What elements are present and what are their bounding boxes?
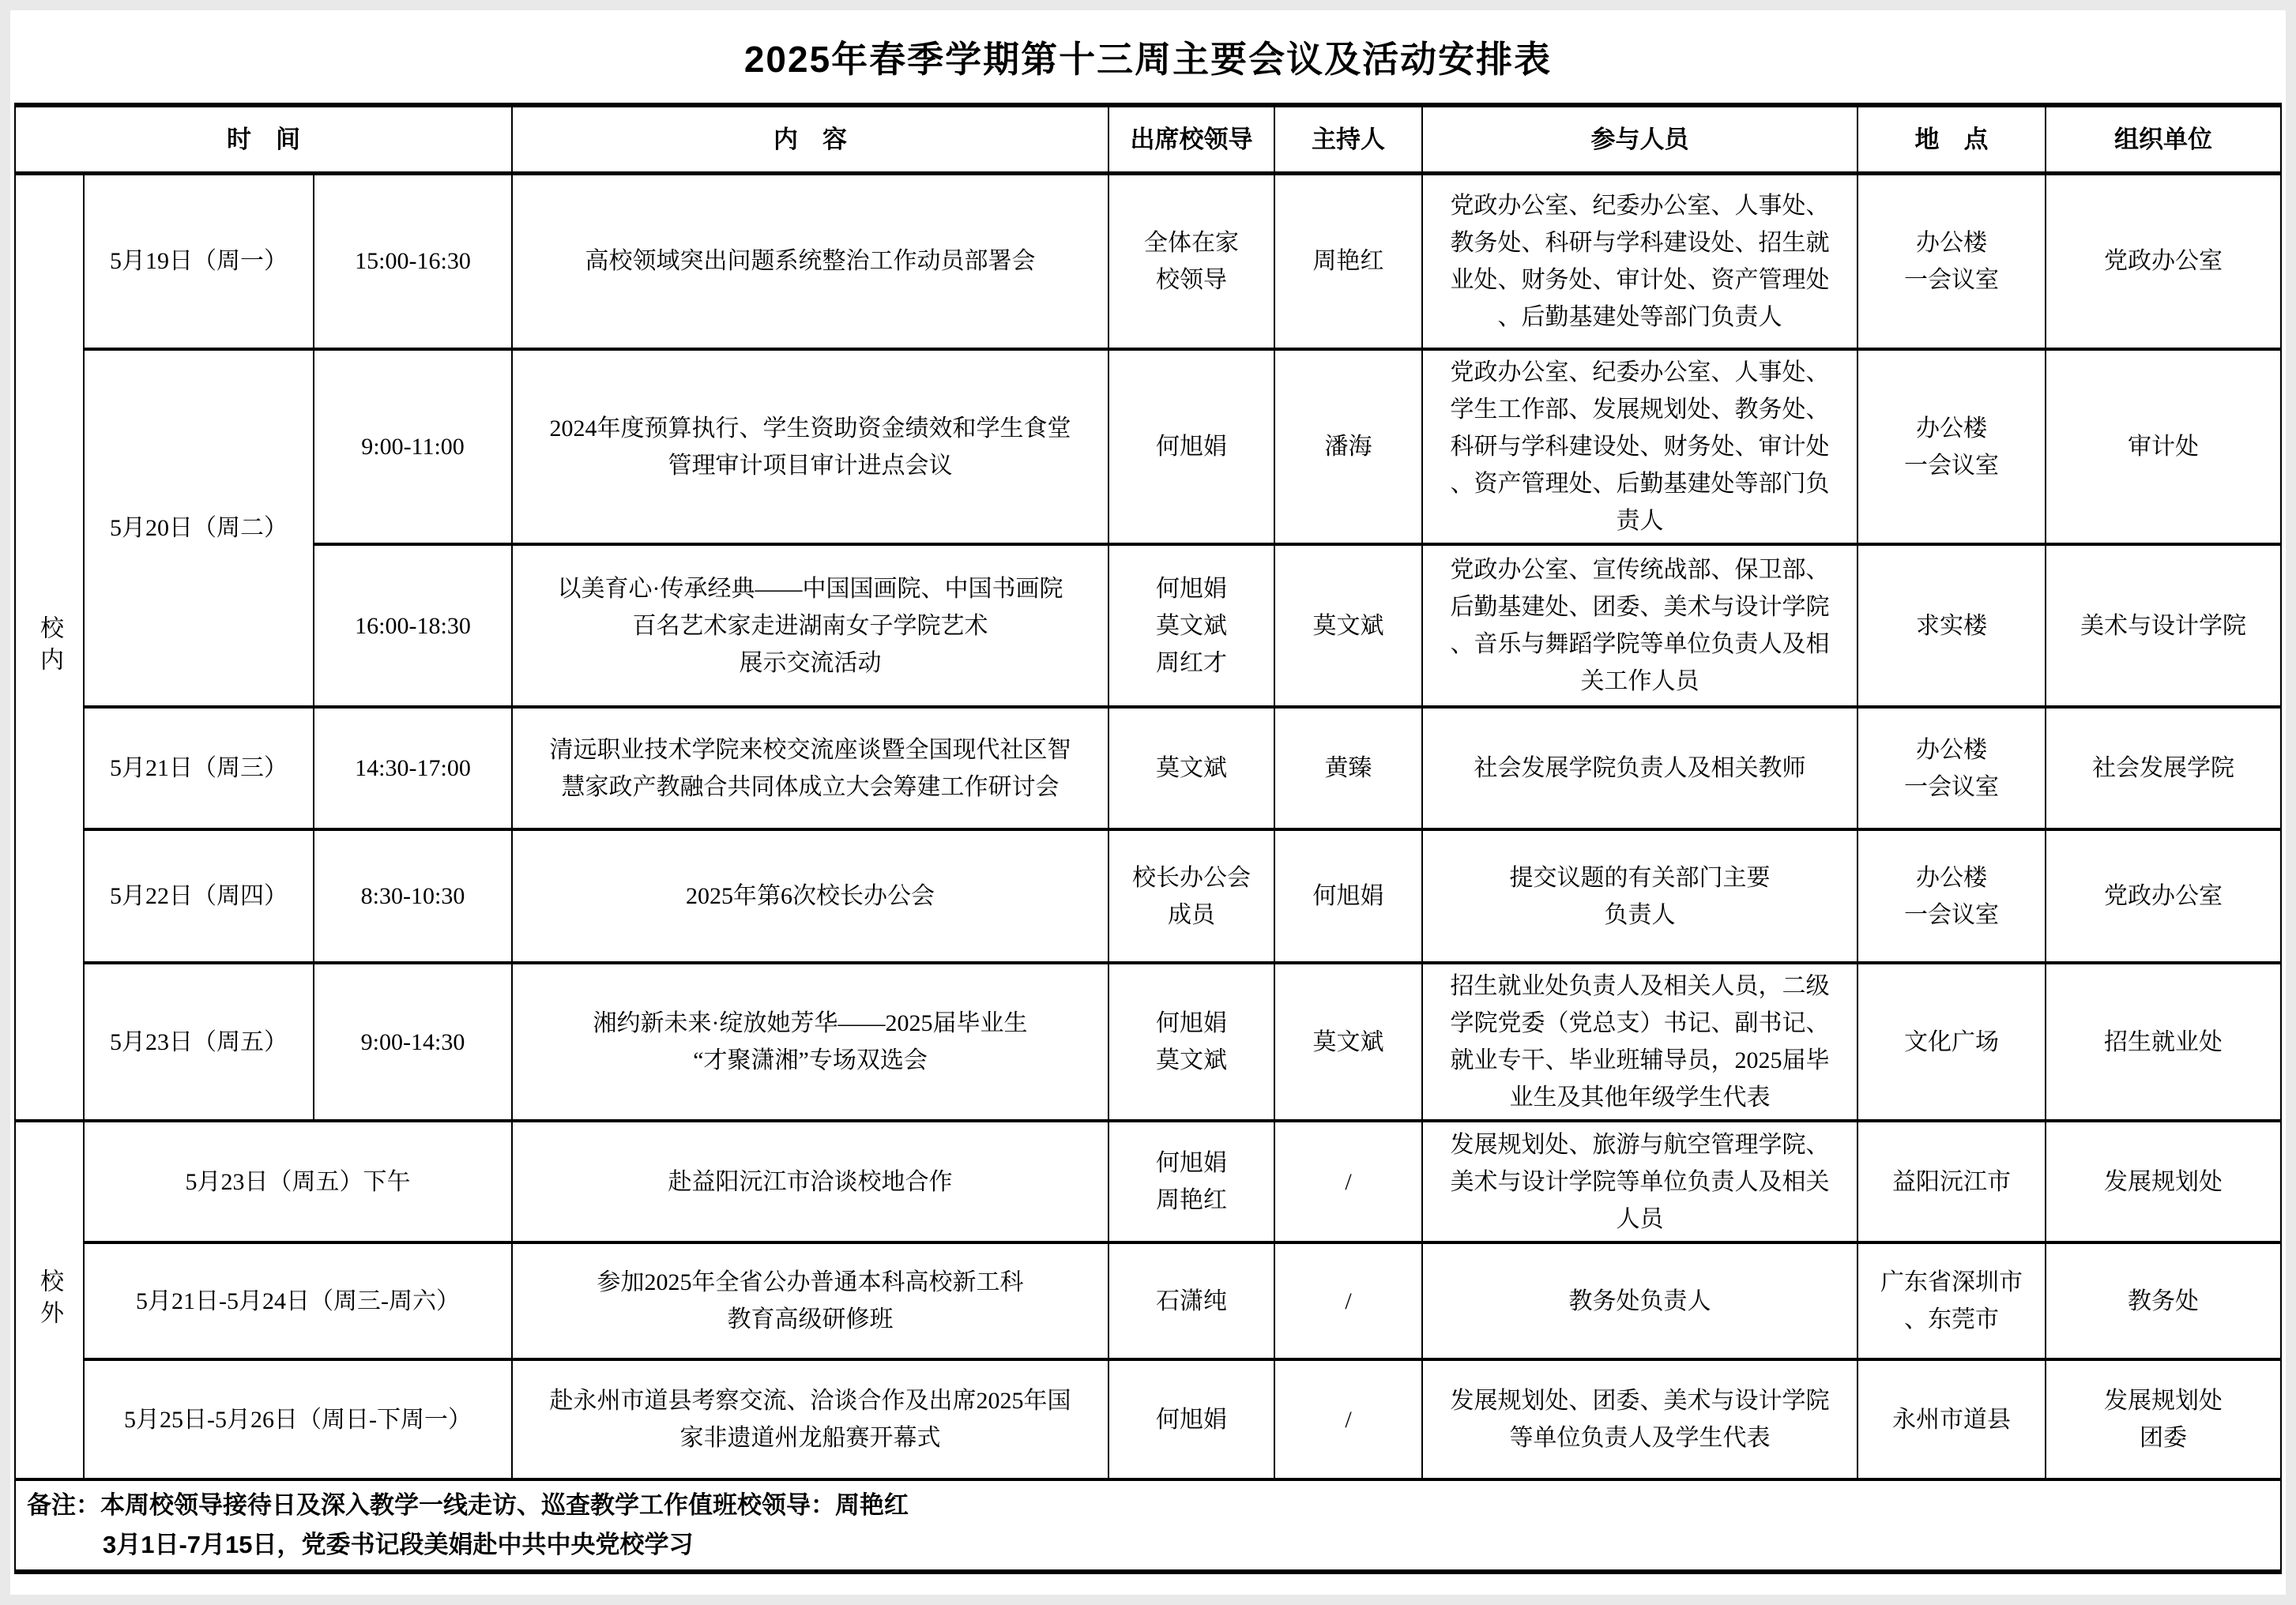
section-label-text: 校外: [31, 1269, 68, 1332]
schedule-table: 时 间 内 容 出席校领导 主持人 参与人员 地 点 组织单位 校内 5月19日…: [14, 103, 2282, 1574]
leaders-cell: 何旭娟 莫文斌: [1108, 963, 1274, 1121]
note-line-2: 3月1日-7月15日，党委书记段美娟赴中共中央党校学习: [27, 1525, 2269, 1565]
location-cell: 文化广场: [1858, 963, 2046, 1121]
column-header-location: 地 点: [1858, 105, 2046, 173]
host-cell: /: [1274, 1121, 1422, 1242]
unit-cell: 社会发展学院: [2046, 707, 2281, 829]
participants-cell: 教务处负责人: [1422, 1242, 1858, 1359]
table-row: 5月20日（周二） 9:00-11:00 2024年度预算执行、学生资助资金绩效…: [15, 349, 2281, 544]
unit-cell: 教务处: [2046, 1242, 2281, 1359]
leaders-cell: 莫文斌: [1108, 707, 1274, 829]
content-cell: 赴益阳沅江市洽谈校地合作: [512, 1121, 1108, 1242]
column-header-host: 主持人: [1274, 105, 1422, 173]
leaders-cell: 何旭娟: [1108, 349, 1274, 544]
column-header-leaders: 出席校领导: [1108, 105, 1274, 173]
column-header-participants: 参与人员: [1422, 105, 1858, 173]
table-row: 5月21日（周三） 14:30-17:00 清远职业技术学院来校交流座谈暨全国现…: [15, 707, 2281, 829]
host-cell: 何旭娟: [1274, 829, 1422, 963]
table-row: 校内 5月19日（周一） 15:00-16:30 高校领域突出问题系统整治工作动…: [15, 173, 2281, 349]
table-row: 5月21日-5月24日（周三-周六） 参加2025年全省公办普通本科高校新工科 …: [15, 1242, 2281, 1359]
host-cell: /: [1274, 1242, 1422, 1359]
datetime-cell: 5月23日（周五）下午: [84, 1121, 512, 1242]
leaders-cell: 石潇纯: [1108, 1242, 1274, 1359]
host-cell: /: [1274, 1359, 1422, 1479]
content-cell: 2024年度预算执行、学生资助资金绩效和学生食堂 管理审计项目审计进点会议: [512, 349, 1108, 544]
content-cell: 2025年第6次校长办公会: [512, 829, 1108, 963]
time-cell: 14:30-17:00: [314, 707, 512, 829]
unit-cell: 发展规划处: [2046, 1121, 2281, 1242]
time-cell: 15:00-16:30: [314, 173, 512, 349]
table-row: 5月22日（周四） 8:30-10:30 2025年第6次校长办公会 校长办公会…: [15, 829, 2281, 963]
date-cell: 5月23日（周五）: [84, 963, 314, 1121]
time-cell: 16:00-18:30: [314, 544, 512, 707]
note-row: 备注：本周校领导接待日及深入教学一线走访、巡查教学工作值班校领导：周艳红 3月1…: [15, 1479, 2281, 1572]
table-row: 5月25日-5月26日（周日-下周一） 赴永州市道县考察交流、洽谈合作及出席20…: [15, 1359, 2281, 1479]
date-cell: 5月21日（周三）: [84, 707, 314, 829]
datetime-cell: 5月21日-5月24日（周三-周六）: [84, 1242, 512, 1359]
spreadsheet-page: 2025年春季学期第十三周主要会议及活动安排表 时 间 内 容 出席校领导 主持…: [10, 10, 2286, 1595]
host-cell: 莫文斌: [1274, 963, 1422, 1121]
note-cell: 备注：本周校领导接待日及深入教学一线走访、巡查教学工作值班校领导：周艳红 3月1…: [15, 1479, 2281, 1572]
table-row: 5月23日（周五） 9:00-14:30 湘约新未来·绽放她芳华——2025届毕…: [15, 963, 2281, 1121]
host-cell: 莫文斌: [1274, 544, 1422, 707]
section-label-offcampus: 校外: [15, 1121, 84, 1479]
content-cell: 赴永州市道县考察交流、洽谈合作及出席2025年国 家非遗道州龙船赛开幕式: [512, 1359, 1108, 1479]
location-cell: 办公楼 一会议室: [1858, 173, 2046, 349]
participants-cell: 党政办公室、宣传统战部、保卫部、 后勤基建处、团委、美术与设计学院 、音乐与舞蹈…: [1422, 544, 1858, 707]
unit-cell: 美术与设计学院: [2046, 544, 2281, 707]
host-cell: 周艳红: [1274, 173, 1422, 349]
location-cell: 永州市道县: [1858, 1359, 2046, 1479]
content-cell: 高校领域突出问题系统整治工作动员部署会: [512, 173, 1108, 349]
participants-cell: 招生就业处负责人及相关人员，二级 学院党委（党总支）书记、副书记、 就业专干、毕…: [1422, 963, 1858, 1121]
unit-cell: 党政办公室: [2046, 173, 2281, 349]
leaders-cell: 何旭娟 莫文斌 周红才: [1108, 544, 1274, 707]
section-label-text: 校内: [31, 615, 68, 678]
unit-cell: 审计处: [2046, 349, 2281, 544]
location-cell: 办公楼 一会议室: [1858, 707, 2046, 829]
schedule-document: { "page": { "title": "2025年春季学期第十三周主要会议及…: [0, 0, 2296, 1605]
column-header-content: 内 容: [512, 105, 1108, 173]
location-cell: 求实楼: [1858, 544, 2046, 707]
participants-cell: 发展规划处、团委、美术与设计学院 等单位负责人及学生代表: [1422, 1359, 1858, 1479]
participants-cell: 发展规划处、旅游与航空管理学院、 美术与设计学院等单位负责人及相关 人员: [1422, 1121, 1858, 1242]
leaders-cell: 校长办公会 成员: [1108, 829, 1274, 963]
leaders-cell: 何旭娟 周艳红: [1108, 1121, 1274, 1242]
content-cell: 参加2025年全省公办普通本科高校新工科 教育高级研修班: [512, 1242, 1108, 1359]
unit-cell: 招生就业处: [2046, 963, 2281, 1121]
time-cell: 8:30-10:30: [314, 829, 512, 963]
host-cell: 黄臻: [1274, 707, 1422, 829]
leaders-cell: 何旭娟: [1108, 1359, 1274, 1479]
participants-cell: 党政办公室、纪委办公室、人事处、 教务处、科研与学科建设处、招生就 业处、财务处…: [1422, 173, 1858, 349]
title-bar: 2025年春季学期第十三周主要会议及活动安排表: [10, 10, 2286, 103]
table-row: 16:00-18:30 以美育心·传承经典——中国国画院、中国书画院 百名艺术家…: [15, 544, 2281, 707]
column-header-unit: 组织单位: [2046, 105, 2281, 173]
time-cell: 9:00-14:30: [314, 963, 512, 1121]
date-cell: 5月20日（周二）: [84, 349, 314, 707]
leaders-cell: 全体在家 校领导: [1108, 173, 1274, 349]
content-cell: 以美育心·传承经典——中国国画院、中国书画院 百名艺术家走进湖南女子学院艺术 展…: [512, 544, 1108, 707]
participants-cell: 提交议题的有关部门主要 负责人: [1422, 829, 1858, 963]
section-label-oncampus: 校内: [15, 173, 84, 1121]
date-cell: 5月19日（周一）: [84, 173, 314, 349]
page-title: 2025年春季学期第十三周主要会议及活动安排表: [744, 31, 1552, 83]
host-cell: 潘海: [1274, 349, 1422, 544]
location-cell: 益阳沅江市: [1858, 1121, 2046, 1242]
time-cell: 9:00-11:00: [314, 349, 512, 544]
date-cell: 5月22日（周四）: [84, 829, 314, 963]
datetime-cell: 5月25日-5月26日（周日-下周一）: [84, 1359, 512, 1479]
location-cell: 办公楼 一会议室: [1858, 349, 2046, 544]
location-cell: 广东省深圳市 、东莞市: [1858, 1242, 2046, 1359]
participants-cell: 社会发展学院负责人及相关教师: [1422, 707, 1858, 829]
unit-cell: 党政办公室: [2046, 829, 2281, 963]
participants-cell: 党政办公室、纪委办公室、人事处、 学生工作部、发展规划处、教务处、 科研与学科建…: [1422, 349, 1858, 544]
table-row: 校外 5月23日（周五）下午 赴益阳沅江市洽谈校地合作 何旭娟 周艳红 / 发展…: [15, 1121, 2281, 1242]
content-cell: 湘约新未来·绽放她芳华——2025届毕业生 “才聚潇湘”专场双选会: [512, 963, 1108, 1121]
content-cell: 清远职业技术学院来校交流座谈暨全国现代社区智 慧家政产教融合共同体成立大会筹建工…: [512, 707, 1108, 829]
unit-cell: 发展规划处 团委: [2046, 1359, 2281, 1479]
note-line-1: 备注：本周校领导接待日及深入教学一线走访、巡查教学工作值班校领导：周艳红: [27, 1486, 2269, 1525]
column-header-time: 时 间: [15, 105, 512, 173]
location-cell: 办公楼 一会议室: [1858, 829, 2046, 963]
